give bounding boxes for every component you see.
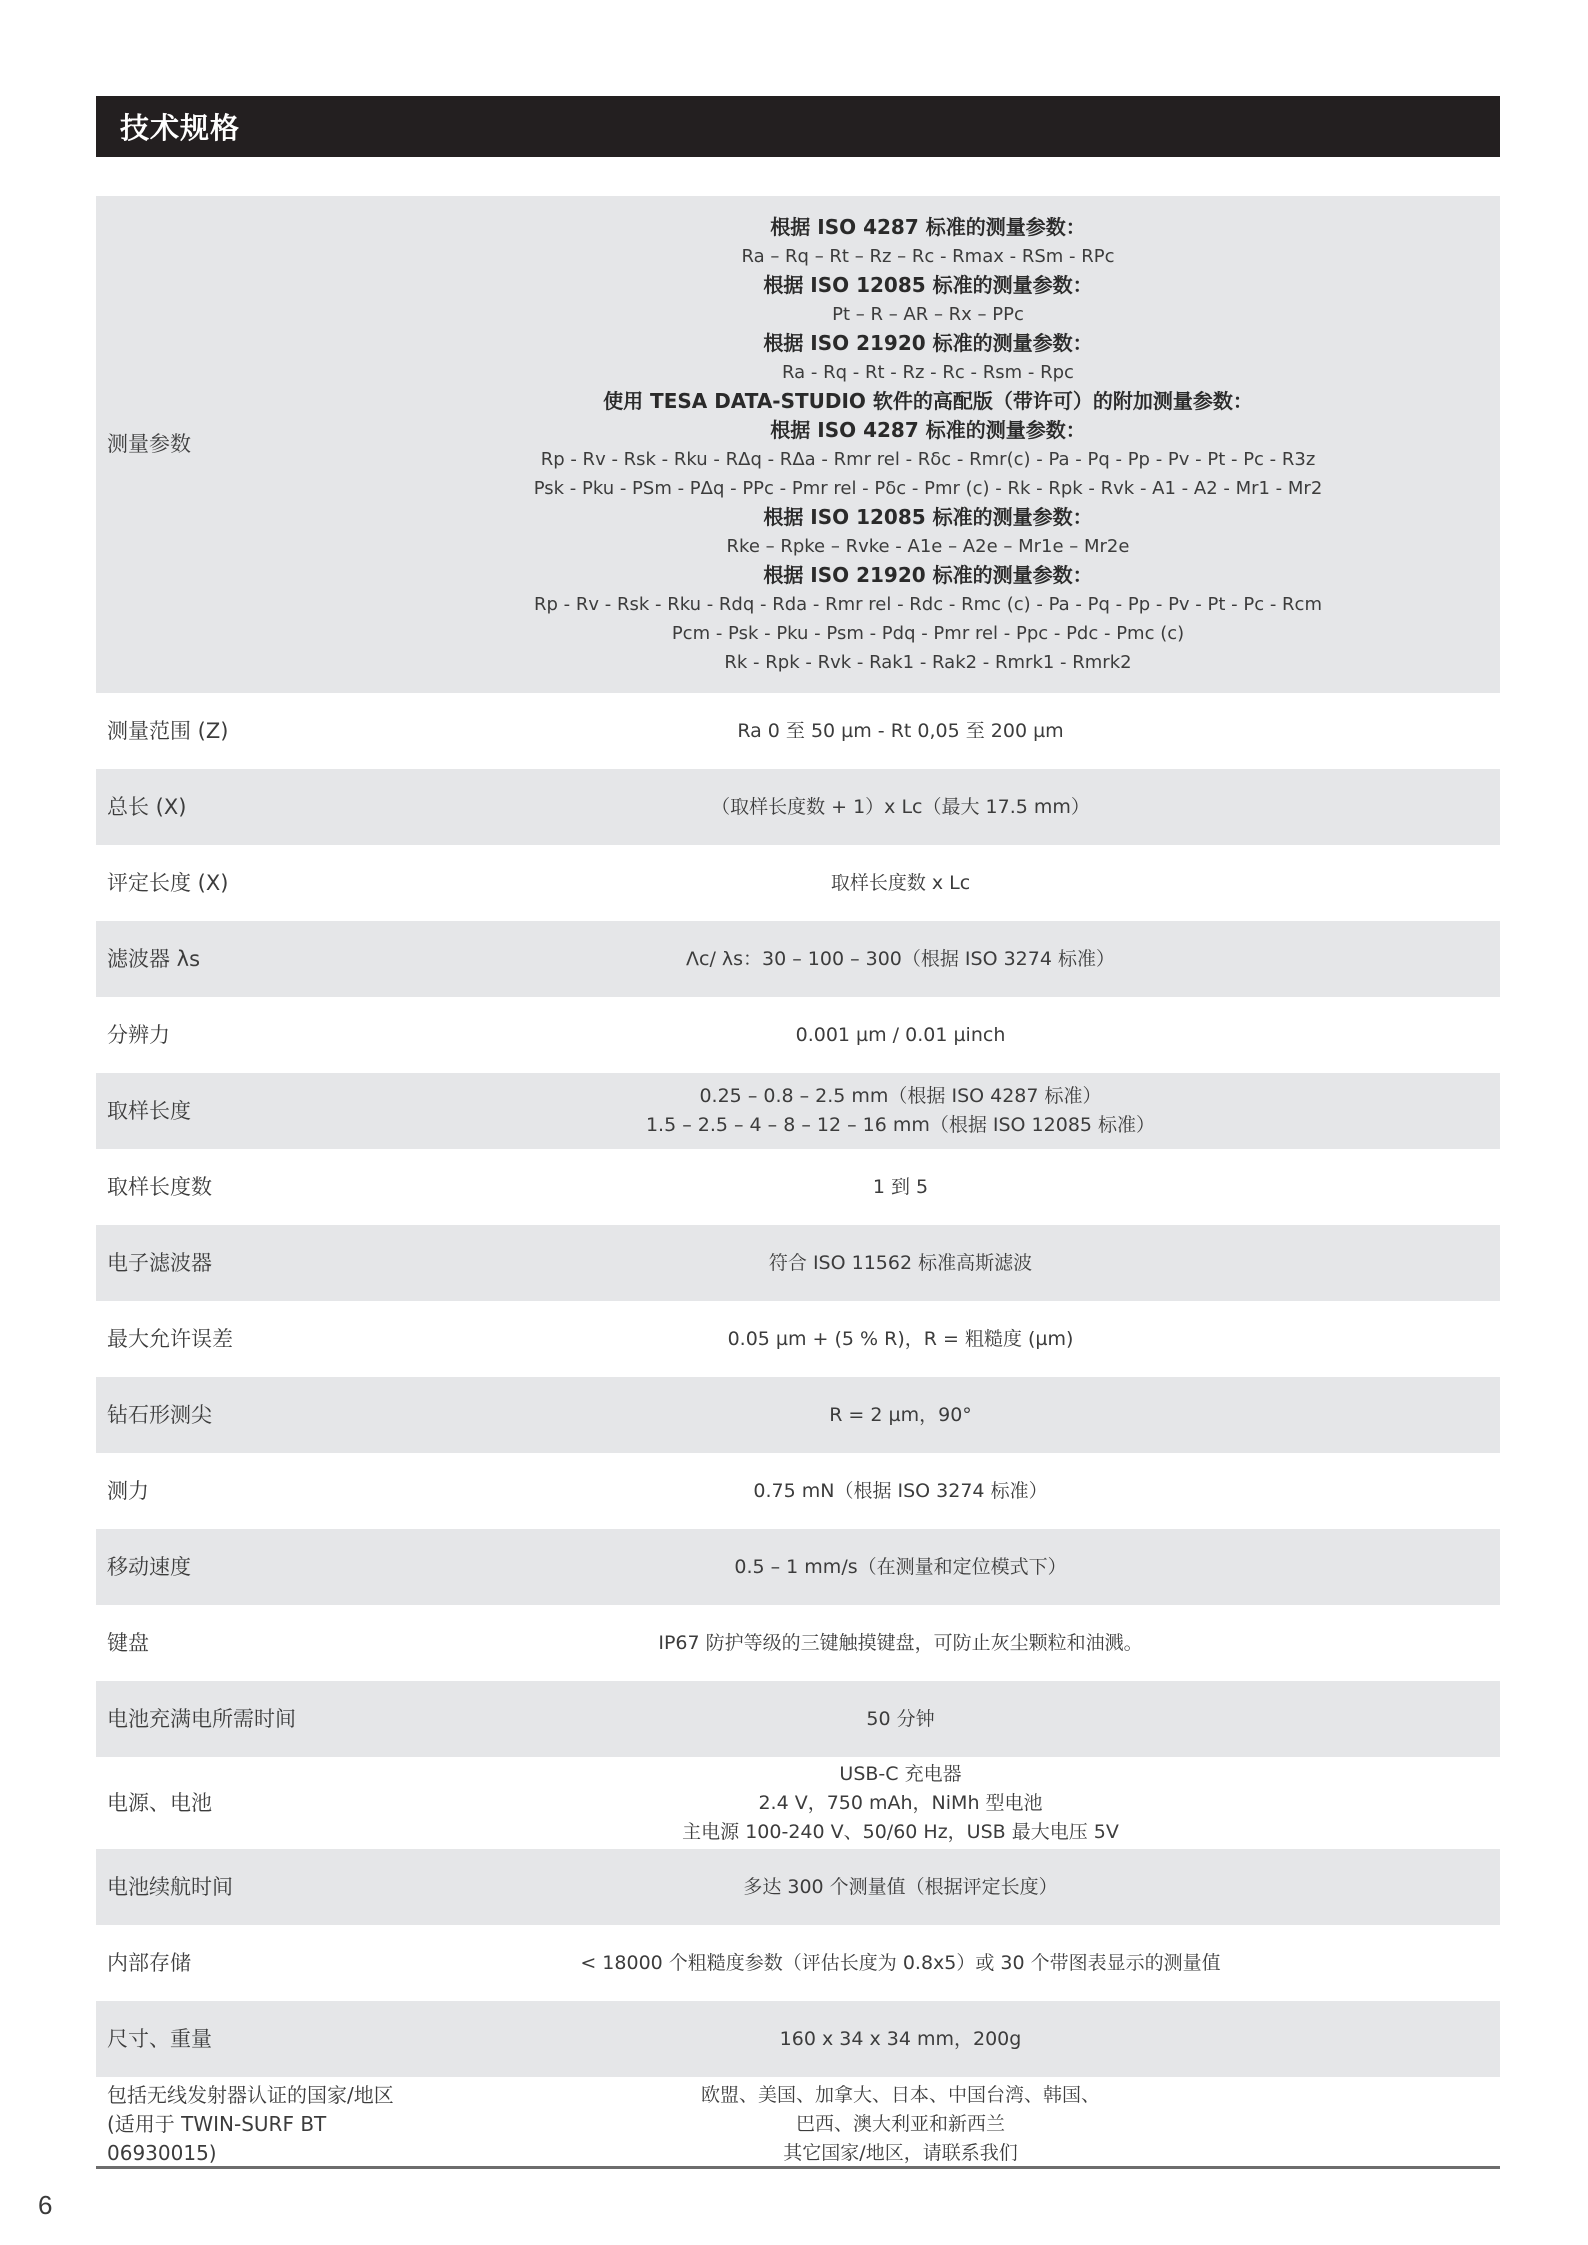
spec-value: 160 x 34 x 34 mm，200g xyxy=(396,2025,1500,2054)
section-title: 技术规格 xyxy=(120,106,240,147)
spec-value: 欧盟、美国、加拿大、日本、中国台湾、韩国、 巴西、澳大利亚和新西兰 其它国家/地… xyxy=(396,2081,1500,2168)
spec-value: 0.25 – 0.8 – 2.5 mm（根据 ISO 4287 标准） 1.5 … xyxy=(396,1082,1500,1140)
spec-label: 滤波器 λs xyxy=(96,945,396,974)
param-heading: 根据 ISO 12085 标准的测量参数： xyxy=(396,503,1460,532)
spec-label: 总长 (X) xyxy=(96,793,396,822)
param-line: Rk - Rpk - Rvk - Rak1 - Rak2 - Rmrk1 - R… xyxy=(396,648,1460,677)
value-line: 0.25 – 0.8 – 2.5 mm（根据 ISO 4287 标准） xyxy=(396,1082,1405,1111)
value-line: 符合 ISO 11562 标准高斯滤波 xyxy=(396,1249,1405,1278)
spec-row-wireless-certification: 包括无线发射器认证的国家/地区 (适用于 TWIN-SURF BT 069300… xyxy=(96,2077,1500,2169)
spec-row-resolution: 分辨力 0.001 µm / 0.01 µinch xyxy=(96,997,1500,1073)
spec-row-measuring-range: 测量范围 (Z) Ra 0 至 50 µm - Rt 0,05 至 200 µm xyxy=(96,693,1500,769)
value-line: 其它国家/地区，请联系我们 xyxy=(396,2139,1405,2168)
value-line: 巴西、澳大利亚和新西兰 xyxy=(396,2110,1405,2139)
value-line: 多达 300 个测量值（根据评定长度） xyxy=(396,1873,1405,1902)
spec-row-filter-lambda-s: 滤波器 λs Λc/ λs：30 – 100 – 300（根据 ISO 3274… xyxy=(96,921,1500,997)
spec-label: 电源、电池 xyxy=(96,1789,396,1818)
value-line: 50 分钟 xyxy=(396,1705,1405,1734)
param-line: Psk - Pku - PSm - PΔq - PPc - Pmr rel - … xyxy=(396,474,1460,503)
spec-value: 0.05 µm + (5 % R)，R = 粗糙度 (µm) xyxy=(396,1325,1500,1354)
spec-value: Λc/ λs：30 – 100 – 300（根据 ISO 3274 标准） xyxy=(396,945,1500,974)
spec-row-total-length: 总长 (X) （取样长度数 + 1）x Lc（最大 17.5 mm） xyxy=(96,769,1500,845)
spec-row-measurement-parameters: 测量参数 根据 ISO 4287 标准的测量参数： Ra – Rq – Rt –… xyxy=(96,196,1500,693)
spec-value: < 18000 个粗糙度参数（评估长度为 0.8x5）或 30 个带图表显示的测… xyxy=(396,1949,1500,1978)
param-heading: 根据 ISO 4287 标准的测量参数： xyxy=(396,213,1460,242)
label-line: (适用于 TWIN-SURF BT 06930015) xyxy=(107,2110,396,2168)
value-line: 1 到 5 xyxy=(396,1173,1405,1202)
spec-label: 测量范围 (Z) xyxy=(96,717,396,746)
spec-row-battery-life: 电池续航时间 多达 300 个测量值（根据评定长度） xyxy=(96,1849,1500,1925)
param-line: Rp - Rv - Rsk - Rku - Rdq - Rda - Rmr re… xyxy=(396,590,1460,619)
spec-value: 50 分钟 xyxy=(396,1705,1500,1734)
spec-row-evaluation-length: 评定长度 (X) 取样长度数 x Lc xyxy=(96,845,1500,921)
param-heading: 根据 ISO 21920 标准的测量参数： xyxy=(396,329,1460,358)
spec-value: 根据 ISO 4287 标准的测量参数： Ra – Rq – Rt – Rz –… xyxy=(396,213,1500,677)
spec-label: 钻石形测尖 xyxy=(96,1401,396,1430)
spec-row-keypad: 键盘 IP67 防护等级的三键触摸键盘，可防止灰尘颗粒和油溅。 xyxy=(96,1605,1500,1681)
param-line: Ra – Rq – Rt – Rz – Rc - Rmax - RSm - RP… xyxy=(396,242,1460,271)
spec-row-internal-storage: 内部存储 < 18000 个粗糙度参数（评估长度为 0.8x5）或 30 个带图… xyxy=(96,1925,1500,2001)
spec-value: 多达 300 个测量值（根据评定长度） xyxy=(396,1873,1500,1902)
spec-label: 分辨力 xyxy=(96,1021,396,1050)
spec-row-power-supply: 电源、电池 USB-C 充电器 2.4 V，750 mAh，NiMh 型电池 主… xyxy=(96,1757,1500,1849)
value-line: USB-C 充电器 xyxy=(396,1760,1405,1789)
spec-value: 符合 ISO 11562 标准高斯滤波 xyxy=(396,1249,1500,1278)
value-line: < 18000 个粗糙度参数（评估长度为 0.8x5）或 30 个带图表显示的测… xyxy=(396,1949,1405,1978)
spec-row-diamond-stylus: 钻石形测尖 R = 2 µm，90° xyxy=(96,1377,1500,1453)
spec-row-measuring-force: 测力 0.75 mN（根据 ISO 3274 标准） xyxy=(96,1453,1500,1529)
label-line: 包括无线发射器认证的国家/地区 xyxy=(107,2081,396,2110)
param-heading: 使用 TESA DATA-STUDIO 软件的高配版（带许可）的附加测量参数： xyxy=(396,387,1460,416)
spec-value: 0.75 mN（根据 ISO 3274 标准） xyxy=(396,1477,1500,1506)
spec-value: 1 到 5 xyxy=(396,1173,1500,1202)
value-line: Ra 0 至 50 µm - Rt 0,05 至 200 µm xyxy=(396,717,1405,746)
param-heading: 根据 ISO 4287 标准的测量参数： xyxy=(396,416,1460,445)
value-line: Λc/ λs：30 – 100 – 300（根据 ISO 3274 标准） xyxy=(396,945,1405,974)
value-line: （取样长度数 + 1）x Lc（最大 17.5 mm） xyxy=(396,793,1405,822)
spec-value: Ra 0 至 50 µm - Rt 0,05 至 200 µm xyxy=(396,717,1500,746)
spec-value: 0.5 – 1 mm/s（在测量和定位模式下） xyxy=(396,1553,1500,1582)
spec-value: IP67 防护等级的三键触摸键盘，可防止灰尘颗粒和油溅。 xyxy=(396,1629,1500,1658)
value-line: R = 2 µm，90° xyxy=(396,1401,1405,1430)
value-line: IP67 防护等级的三键触摸键盘，可防止灰尘颗粒和油溅。 xyxy=(396,1629,1405,1658)
spec-row-max-permissible-error: 最大允许误差 0.05 µm + (5 % R)，R = 粗糙度 (µm) xyxy=(96,1301,1500,1377)
param-line: Pt – R – AR – Rx – PPc xyxy=(396,300,1460,329)
spec-label: 取样长度 xyxy=(96,1097,396,1126)
spec-label: 移动速度 xyxy=(96,1553,396,1582)
value-line: 主电源 100-240 V、50/60 Hz，USB 最大电压 5V xyxy=(396,1818,1405,1847)
page-number: 6 xyxy=(38,2190,52,2221)
spec-label: 电池续航时间 xyxy=(96,1873,396,1902)
value-line: 2.4 V，750 mAh，NiMh 型电池 xyxy=(396,1789,1405,1818)
spec-value: USB-C 充电器 2.4 V，750 mAh，NiMh 型电池 主电源 100… xyxy=(396,1760,1500,1847)
value-line: 0.001 µm / 0.01 µinch xyxy=(396,1021,1405,1050)
spec-label: 内部存储 xyxy=(96,1949,396,1978)
spec-label: 评定长度 (X) xyxy=(96,869,396,898)
spec-row-dimensions-weight: 尺寸、重量 160 x 34 x 34 mm，200g xyxy=(96,2001,1500,2077)
spec-label: 测量参数 xyxy=(96,430,396,459)
spec-value: 0.001 µm / 0.01 µinch xyxy=(396,1021,1500,1050)
value-line: 0.5 – 1 mm/s（在测量和定位模式下） xyxy=(396,1553,1405,1582)
value-line: 欧盟、美国、加拿大、日本、中国台湾、韩国、 xyxy=(396,2081,1405,2110)
value-line: 取样长度数 x Lc xyxy=(396,869,1405,898)
spec-value: R = 2 µm，90° xyxy=(396,1401,1500,1430)
spec-label: 电池充满电所需时间 xyxy=(96,1705,396,1734)
spec-row-traverse-speed: 移动速度 0.5 – 1 mm/s（在测量和定位模式下） xyxy=(96,1529,1500,1605)
param-line: Rke – Rpke – Rvke - A1e – A2e – Mr1e – M… xyxy=(396,532,1460,561)
spec-label: 测力 xyxy=(96,1477,396,1506)
spec-label: 尺寸、重量 xyxy=(96,2025,396,2054)
value-line: 0.05 µm + (5 % R)，R = 粗糙度 (µm) xyxy=(396,1325,1405,1354)
param-line: Ra - Rq - Rt - Rz - Rc - Rsm - Rpc xyxy=(396,358,1460,387)
param-line: Pcm - Psk - Pku - Psm - Pdq - Pmr rel - … xyxy=(396,619,1460,648)
spec-row-charge-time: 电池充满电所需时间 50 分钟 xyxy=(96,1681,1500,1757)
param-line: Rp - Rv - Rsk - Rku - RΔq - RΔa - Rmr re… xyxy=(396,445,1460,474)
param-heading: 根据 ISO 12085 标准的测量参数： xyxy=(396,271,1460,300)
spec-label: 电子滤波器 xyxy=(96,1249,396,1278)
spec-label: 取样长度数 xyxy=(96,1173,396,1202)
section-title-bar: 技术规格 xyxy=(96,96,1500,157)
spec-table: 测量参数 根据 ISO 4287 标准的测量参数： Ra – Rq – Rt –… xyxy=(96,196,1500,2169)
value-line: 0.75 mN（根据 ISO 3274 标准） xyxy=(396,1477,1405,1506)
spec-value: 取样长度数 x Lc xyxy=(396,869,1500,898)
param-heading: 根据 ISO 21920 标准的测量参数： xyxy=(396,561,1460,590)
value-line: 1.5 – 2.5 – 4 – 8 – 12 – 16 mm（根据 ISO 12… xyxy=(396,1111,1405,1140)
spec-label: 键盘 xyxy=(96,1629,396,1658)
spec-label: 最大允许误差 xyxy=(96,1325,396,1354)
spec-label: 包括无线发射器认证的国家/地区 (适用于 TWIN-SURF BT 069300… xyxy=(96,2081,396,2168)
spec-row-electronic-filter: 电子滤波器 符合 ISO 11562 标准高斯滤波 xyxy=(96,1225,1500,1301)
value-line: 160 x 34 x 34 mm，200g xyxy=(396,2025,1405,2054)
spec-value: （取样长度数 + 1）x Lc（最大 17.5 mm） xyxy=(396,793,1500,822)
spec-row-cutoff-length: 取样长度 0.25 – 0.8 – 2.5 mm（根据 ISO 4287 标准）… xyxy=(96,1073,1500,1149)
spec-row-number-of-cutoffs: 取样长度数 1 到 5 xyxy=(96,1149,1500,1225)
